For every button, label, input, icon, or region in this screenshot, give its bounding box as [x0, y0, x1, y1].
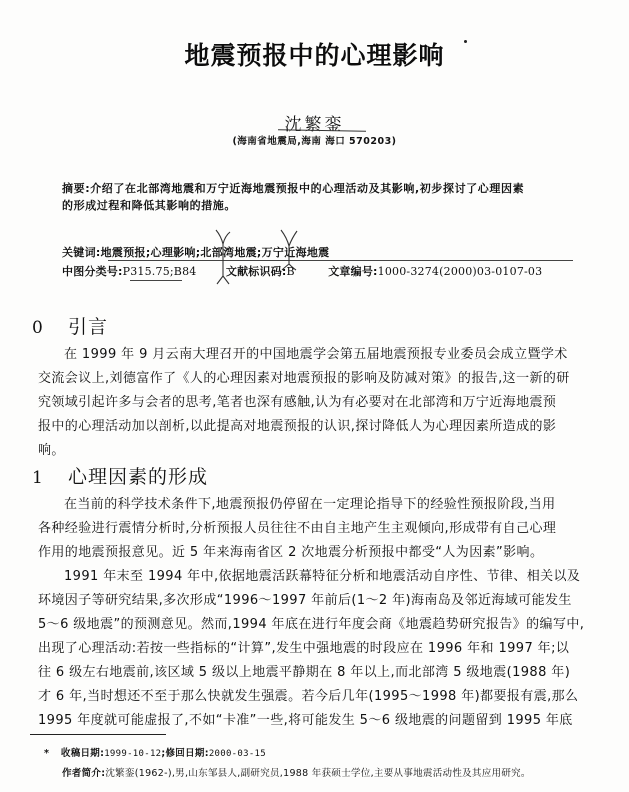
bio-text: 沈繁銮(1962-),男,山东邹县人,副研究员,1988 年获硕士学位,主要从事…: [105, 768, 530, 779]
section-title: 引言: [68, 316, 108, 338]
footnote-marker-dot: [464, 40, 467, 43]
article-title: 地震预报中的心理影响: [0, 36, 629, 72]
text-line: 报中的心理活动加以剖析,以此提高对地震预报的认识,探讨降低人为心理因素所造成的影: [38, 415, 598, 439]
formation-paragraph-1: 在当前的科学技术条件下,地震预报仍停留在一定理论指导下的经验性预报阶段,当用 各…: [38, 493, 598, 565]
text-line: 出现了心理活动:若按一些指标的“计算”,发生中强地震的时段应在 1996 年和 …: [38, 637, 598, 661]
doc-code-value: B: [287, 265, 295, 278]
paper-page: 地震预报中的心理影响 沈繁銮 (海南省地震局,海南 海口 570203) 摘要:…: [0, 0, 629, 792]
clc-value: P315.75;B84: [123, 265, 197, 278]
author-name: 沈繁銮: [0, 110, 629, 135]
text-line: 各种经验进行震情分析时,分析预报人员往往不由自主地产生主观倾向,形成带有自己心理: [38, 517, 598, 541]
article-no-label: 文章编号:: [328, 265, 377, 278]
section-title: 心理因素的形成: [68, 466, 208, 488]
bio-label: 作者简介:: [62, 768, 105, 779]
footnote-dates: * 收稿日期:1999-10-12;修回日期:2000-03-15: [44, 745, 266, 759]
received-label: 收稿日期:: [61, 748, 104, 759]
keyword-1: 地震预报: [101, 246, 146, 259]
footnote-marker: *: [44, 748, 49, 759]
text-line: 在 1999 年 9 月云南大理召开的中国地震学会第五届地震预报专业委员会成立暨…: [38, 343, 598, 367]
keyword-2: 心理影响: [151, 246, 196, 259]
text-line: 在当前的科学技术条件下,地震预报仍停留在一定理论指导下的经验性预报阶段,当用: [38, 493, 598, 517]
text-line: 交流会议上,刘德富作了《人的心理因素对地震预报的影响及防减对策》的报告,这一新的…: [38, 367, 598, 391]
footnote-divider: [30, 734, 166, 735]
author-affiliation: (海南省地震局,海南 海口 570203): [0, 133, 629, 147]
handwritten-underline: [130, 280, 182, 281]
clc-label: 中图分类号:: [62, 265, 123, 278]
abstract-line-2: 的形成过程和降低其影响的措施。: [62, 197, 580, 214]
text-line: 5～6 级地震”的预测意见。然而,1994 年底在进行年度会商《地震趋势研究报告…: [38, 613, 598, 637]
abstract-line-1: 摘要:介绍了在北部湾地震和万宁近海地震预报中的心理活动及其影响,初步探讨了心理因…: [62, 180, 580, 197]
text-line: 究领域引起许多与会者的思考,笔者也深有感触,认为有必要对在北部湾和万宁近海地震预: [38, 391, 598, 415]
text-line: 环境因子等研究结果,多次形成“1996～1997 年前后(1～2 年)海南岛及邻…: [38, 589, 598, 613]
section-number: 1: [32, 468, 68, 488]
abstract: 摘要:介绍了在北部湾地震和万宁近海地震预报中的心理活动及其影响,初步探讨了心理因…: [62, 180, 580, 214]
text-line: 作用的地震预报意见。近 5 年来海南省区 2 次地震分析预报中都受“人为因素”影…: [38, 541, 598, 565]
intro-paragraph: 在 1999 年 9 月云南大理召开的中国地震学会第五届地震预报专业委员会成立暨…: [38, 343, 598, 463]
section-heading-intro: 0引言: [32, 312, 108, 339]
section-heading-formation: 1心理因素的形成: [32, 462, 208, 489]
footnote-author-bio: 作者简介:沈繁銮(1962-),男,山东邹县人,副研究员,1988 年获硕士学位…: [62, 765, 531, 779]
text-line: 才 6 年,当时想还不至于那么快就发生强震。若今后几年(1995～1998 年)…: [38, 685, 598, 709]
keywords-label: 关键词:: [62, 246, 101, 259]
classification-line: 中图分类号:P315.75;B84 文献标识码:B 文章编号:1000-3274…: [62, 263, 542, 279]
text-line: 1991 年末至 1994 年中,依据地震活跃幕特征分析和地震活动自序性、节律、…: [38, 565, 598, 589]
text-line: 响。: [38, 439, 598, 463]
revised-label: 修回日期:: [166, 748, 209, 759]
text-line: 1995 年度就可能虚报了,不如“卡准”一些,将可能发生 5～6 级地震的问题留…: [38, 709, 598, 733]
received-date: 1999-10-12: [104, 749, 161, 759]
handwritten-underline: [108, 260, 573, 261]
revised-date: 2000-03-15: [209, 749, 266, 759]
formation-paragraph-2: 1991 年末至 1994 年中,依据地震活跃幕特征分析和地震活动自序性、节律、…: [38, 565, 598, 733]
doc-code-label: 文献标识码:: [226, 265, 287, 278]
text-line: 往 6 级左右地震前,该区域 5 级以上地震平静期在 8 年以上,而北部湾 5 …: [38, 661, 598, 685]
article-no-value: 1000-3274(2000)03-0107-03: [378, 265, 543, 278]
section-number: 0: [32, 318, 68, 338]
